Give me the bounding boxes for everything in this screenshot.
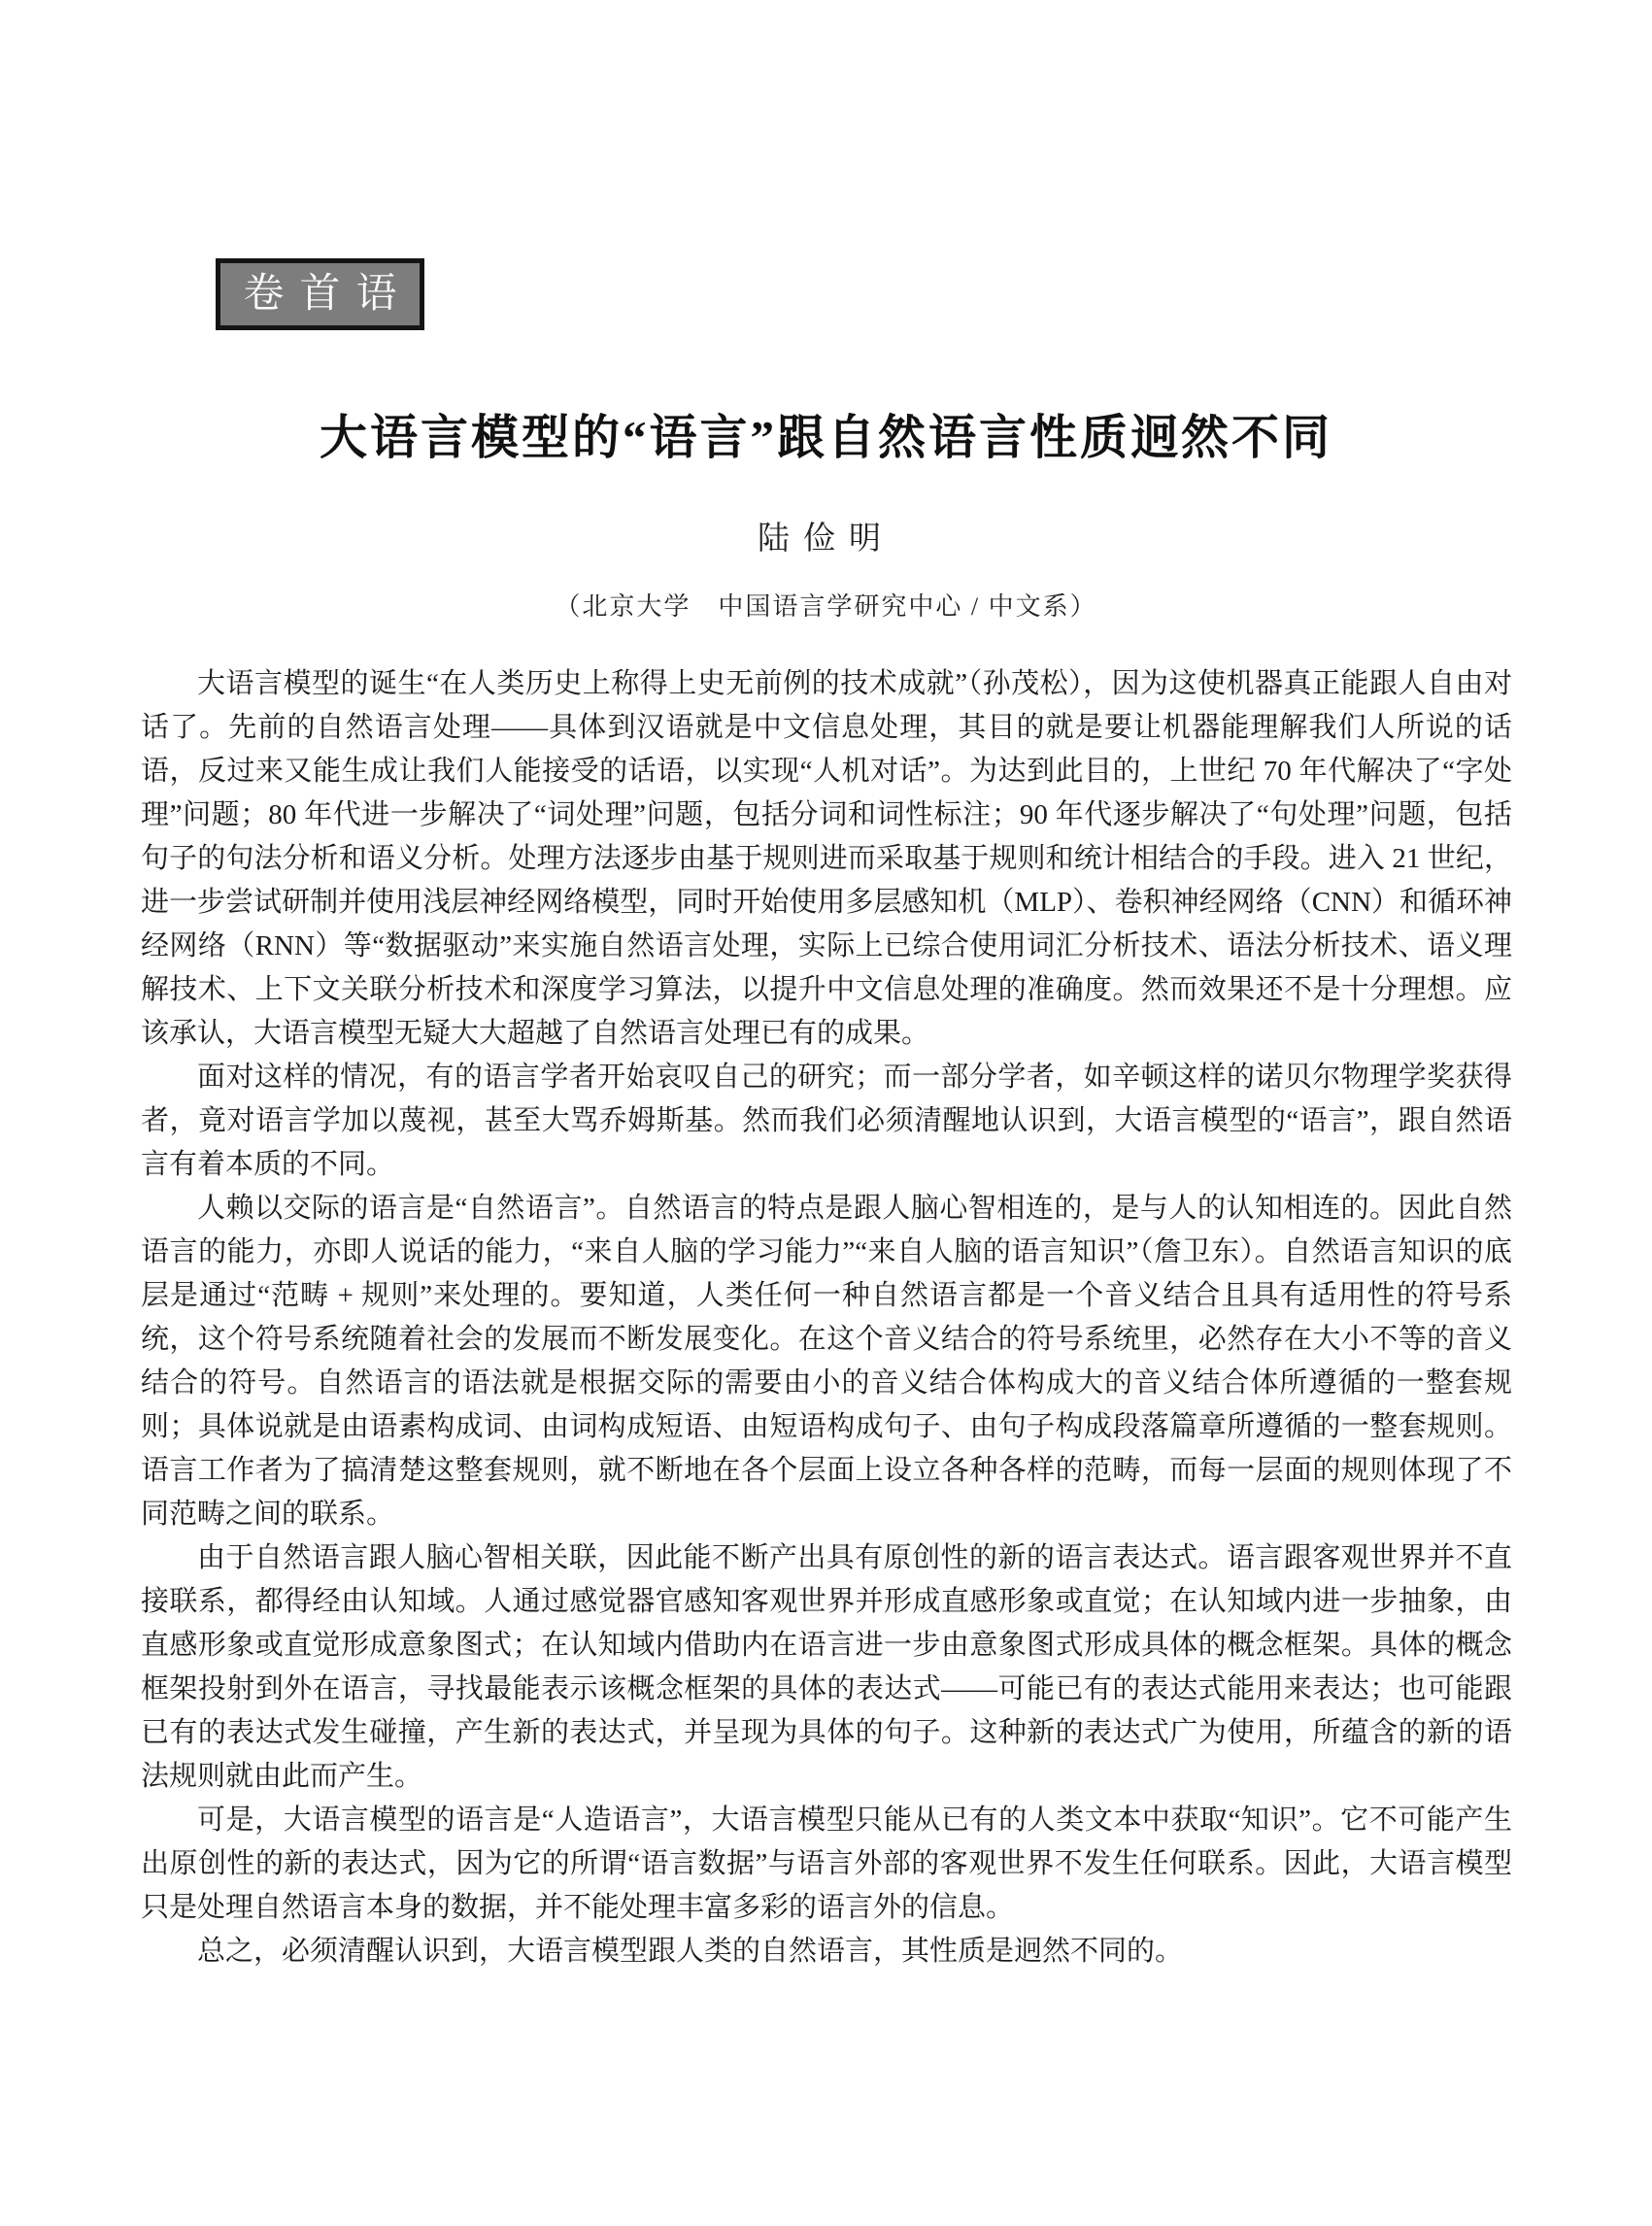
article-title: 大语言模型的“语言”跟自然语言性质迥然不同 bbox=[0, 400, 1652, 468]
paragraph-4: 由于自然语言跟人脑心智相关联，因此能不断产出具有原创性的新的语言表达式。语言跟客… bbox=[141, 1536, 1512, 1799]
section-banner-label: 卷首语 bbox=[227, 274, 412, 315]
paragraph-6: 总之，必须清醒认识到，大语言模型跟人类的自然语言，其性质是迥然不同的。 bbox=[141, 1930, 1512, 1973]
article-affiliation: （北京大学 中国语言学研究中心 / 中文系） bbox=[0, 587, 1652, 623]
paragraph-3: 人赖以交际的语言是“自然语言”。自然语言的特点是跟人脑心智相连的，是与人的认知相… bbox=[141, 1187, 1512, 1536]
paragraph-2: 面对这样的情况，有的语言学者开始哀叹自己的研究；而一部分学者，如辛顿这样的诺贝尔… bbox=[141, 1056, 1512, 1187]
journal-page: 卷首语 大语言模型的“语言”跟自然语言性质迥然不同 陆俭明 （北京大学 中国语言… bbox=[0, 0, 1652, 2226]
section-banner-box: 卷首语 bbox=[216, 258, 424, 330]
paragraph-5: 可是，大语言模型的语言是“人造语言”，大语言模型只能从已有的人类文本中获取“知识… bbox=[141, 1799, 1512, 1930]
article-author: 陆俭明 bbox=[0, 513, 1652, 558]
article-body: 大语言模型的诞生“在人类历史上称得上史无前例的技术成就”（孙茂松），因为这使机器… bbox=[141, 662, 1512, 1973]
paragraph-1: 大语言模型的诞生“在人类历史上称得上史无前例的技术成就”（孙茂松），因为这使机器… bbox=[141, 662, 1512, 1056]
